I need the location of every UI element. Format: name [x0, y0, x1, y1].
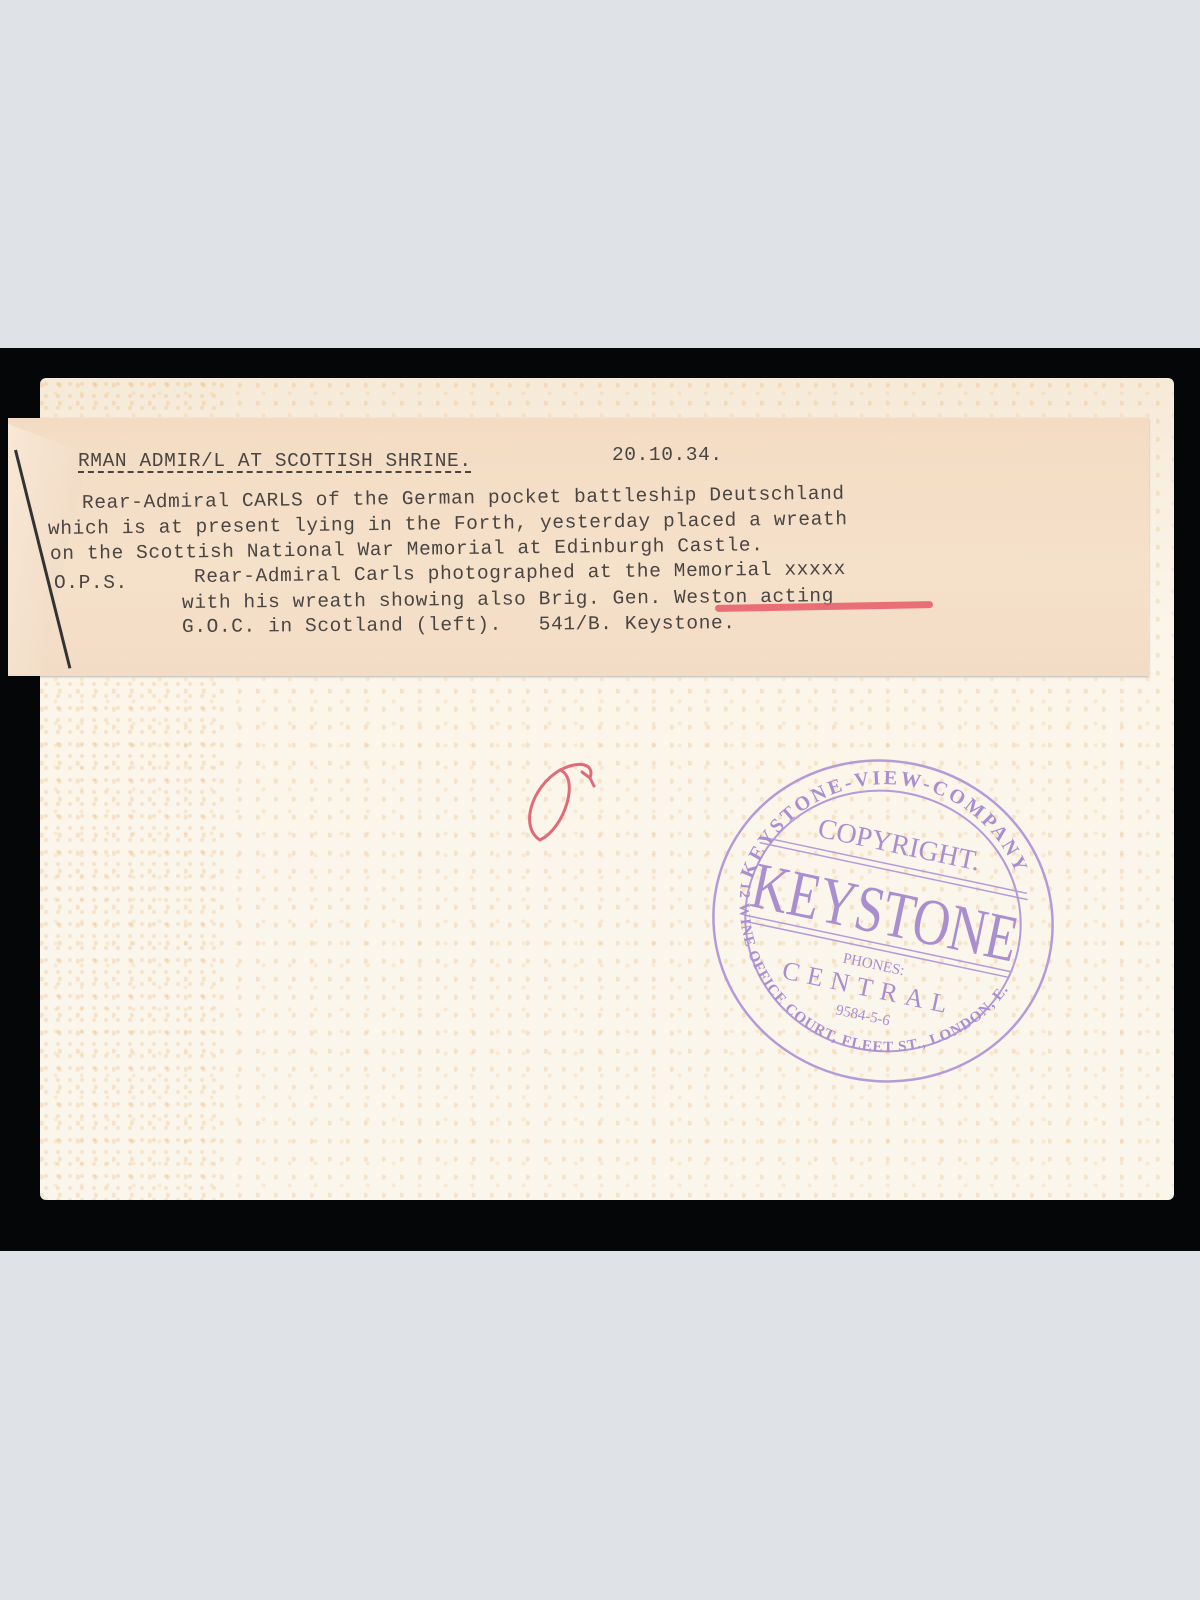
keystone-copyright-stamp: KEYSTONE-VIEW-COMPANY 12 WINE OFFICE COU…	[706, 744, 1060, 1098]
caption-headline: RMAN ADMIR/L AT SCOTTISH SHRINE.	[78, 450, 472, 472]
handwritten-o-mark	[520, 758, 610, 848]
ops-label: O.P.S.	[54, 572, 128, 594]
ops-line-3: G.O.C. in Scotland (left). 541/B. Keysto…	[182, 612, 736, 638]
stamp-number: 9584-5-6	[834, 1002, 892, 1029]
caption-date: 20.10.34.	[612, 444, 723, 466]
